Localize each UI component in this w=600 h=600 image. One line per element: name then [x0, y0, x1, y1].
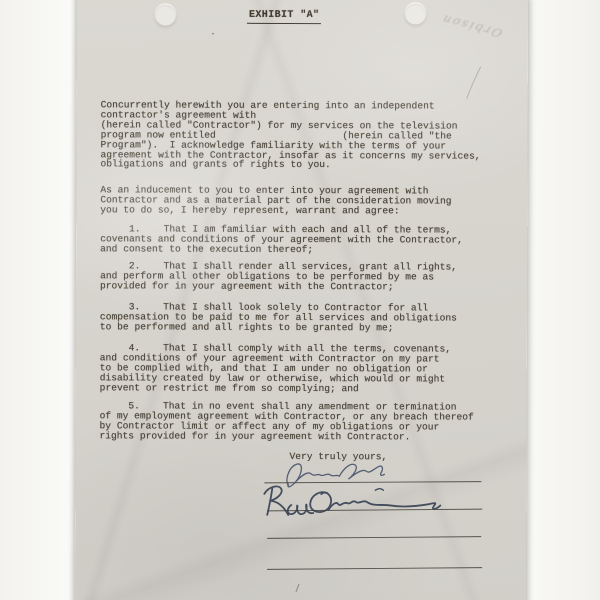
signature-lines	[264, 481, 482, 570]
small-bottom-mark	[296, 584, 299, 592]
clause-2: 2. That I shall render all services, gra…	[100, 261, 457, 292]
paragraph-inducement: As an inducement to you to enter into yo…	[100, 185, 451, 216]
signature-line-2	[267, 508, 482, 511]
closing-salutation: Very truly yours,	[289, 452, 387, 462]
signature-line-4	[267, 567, 482, 570]
ink-speck	[212, 33, 214, 35]
scanned-document-photo: EXHIBIT "A" Orbison Concurrently herewit…	[0, 0, 600, 600]
signature-secondary	[287, 464, 384, 487]
paragraph-intro: Concurrently herewith you are entering i…	[100, 100, 480, 171]
punch-hole-left	[155, 4, 176, 25]
signature-block	[75, 0, 528, 600]
signature-line-3	[267, 536, 481, 539]
pencil-annotation: Orbison	[421, 7, 504, 40]
clause-4: 4. That I shall comply with all the term…	[100, 343, 451, 394]
clause-3: 3. That I shall look solely to Contracto…	[100, 302, 457, 333]
page-title: EXHIBIT "A"	[247, 10, 321, 21]
pencil-stray-stroke	[467, 67, 481, 99]
clause-1: 1. That I am familiar with each and all …	[100, 224, 463, 255]
signature-roy-orbison	[264, 486, 440, 515]
clause-5: 5. That in no event shall any amendment …	[100, 401, 474, 442]
paper-sheet: EXHIBIT "A" Orbison Concurrently herewit…	[75, 0, 528, 600]
page-title-text: EXHIBIT "A"	[247, 10, 321, 24]
signature-line-1	[264, 481, 481, 484]
